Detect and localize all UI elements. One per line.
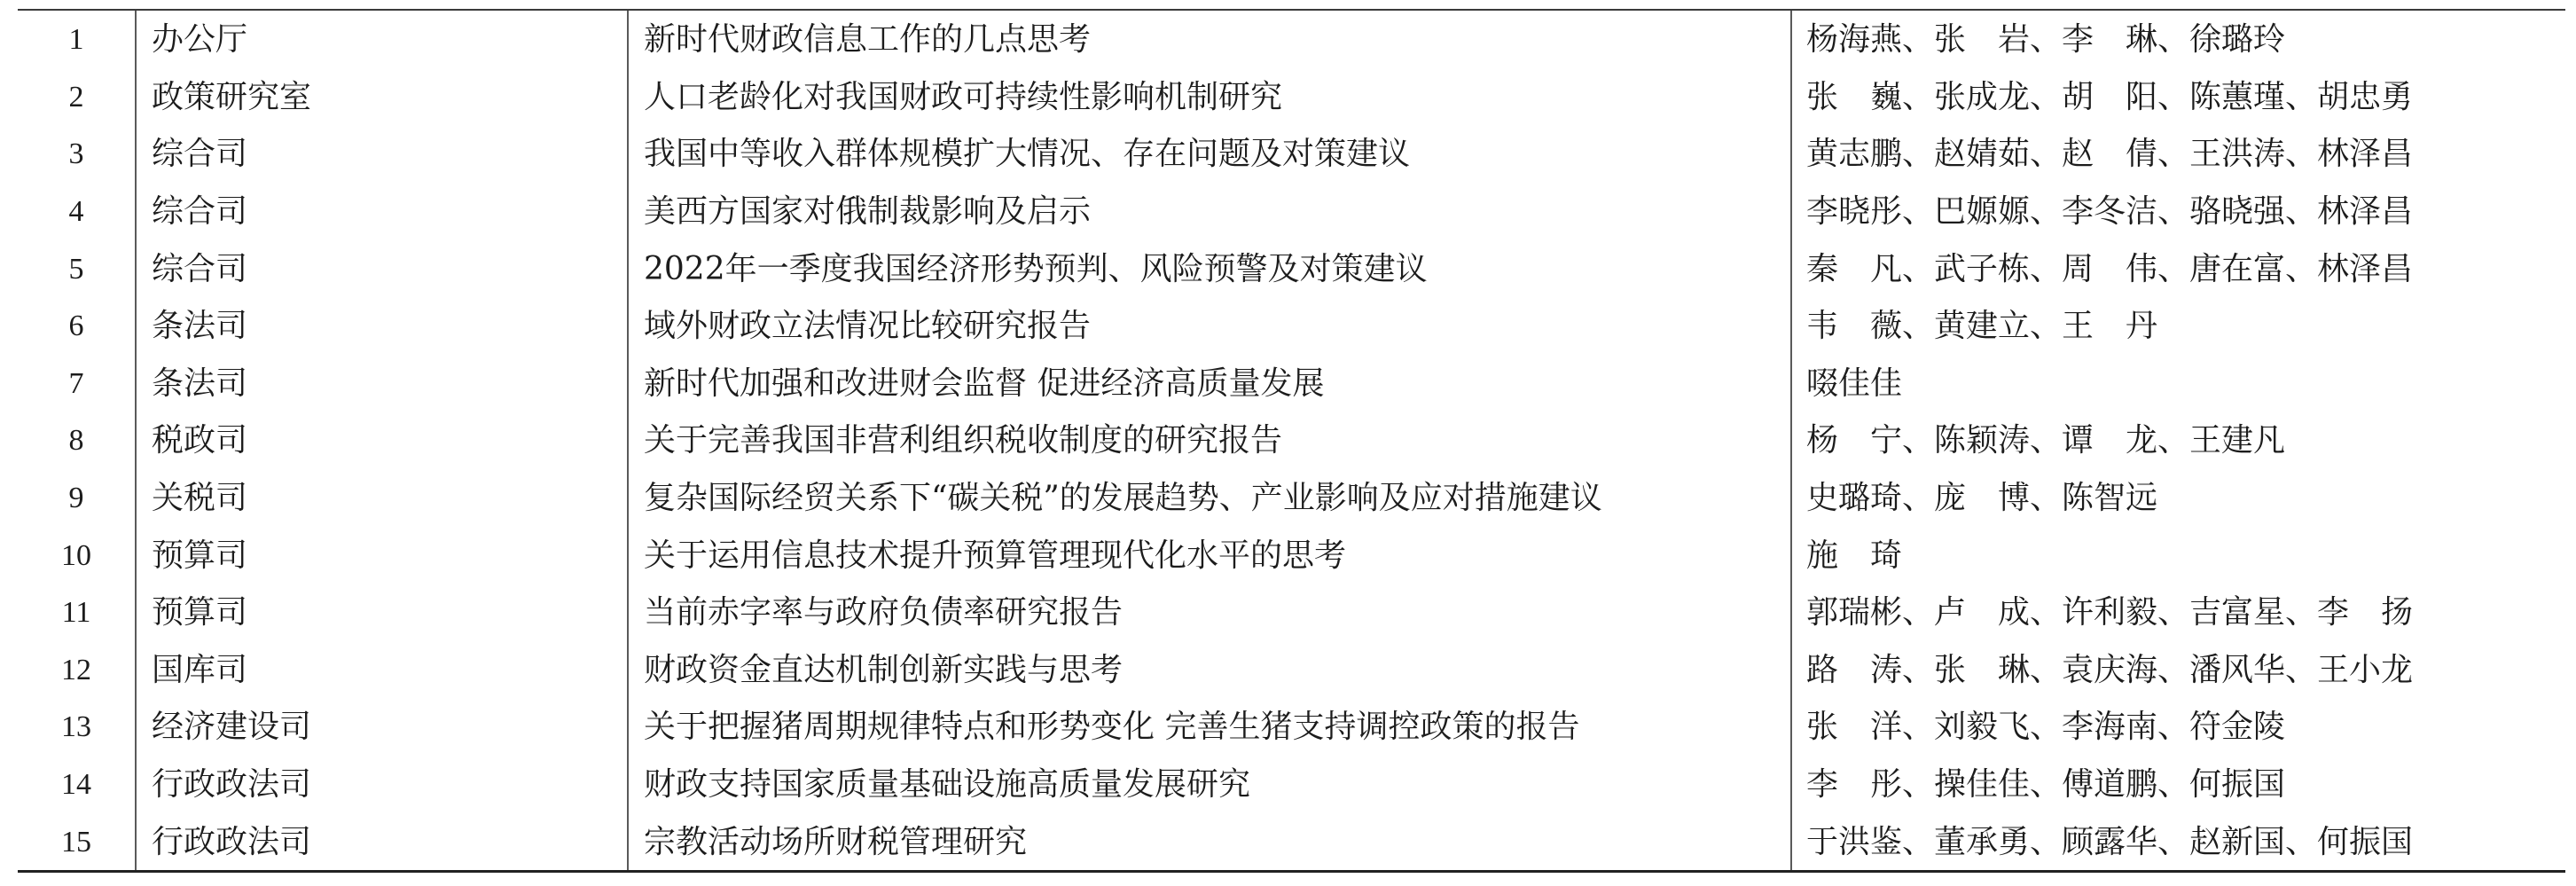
department: 政策研究室 [135, 68, 627, 126]
authors: 张 洋、刘毅飞、李海南、符金陵 [1790, 698, 2565, 756]
row-number: 15 [18, 812, 135, 870]
report-title: 财政资金直达机制创新实践与思考 [627, 641, 1790, 699]
authors: 李 彤、操佳佳、傅道鹏、何振国 [1790, 756, 2565, 813]
table-row: 5 综合司 2022年一季度我国经济形势预判、风险预警及对策建议 秦 凡、武子栋… [18, 239, 2565, 297]
report-title: 美西方国家对俄制裁影响及启示 [627, 183, 1790, 240]
row-number: 3 [18, 125, 135, 183]
authors: 史璐琦、庞 博、陈智远 [1790, 469, 2565, 527]
report-title: 人口老龄化对我国财政可持续性影响机制研究 [627, 68, 1790, 126]
report-title: 关于完善我国非营利组织税收制度的研究报告 [627, 412, 1790, 469]
department: 条法司 [135, 297, 627, 355]
report-title: 当前赤字率与政府负债率研究报告 [627, 584, 1790, 641]
row-number: 5 [18, 239, 135, 297]
department: 预算司 [135, 584, 627, 641]
report-title: 新时代加强和改进财会监督 促进经济高质量发展 [627, 355, 1790, 412]
table-row: 8 税政司 关于完善我国非营利组织税收制度的研究报告 杨 宁、陈颖涛、谭 龙、王… [18, 412, 2565, 469]
report-title: 复杂国际经贸关系下“碳关税”的发展趋势、产业影响及应对措施建议 [627, 469, 1790, 527]
authors: 李晓彤、巴嫄嫄、李冬洁、骆晓强、林泽昌 [1790, 183, 2565, 240]
department: 条法司 [135, 355, 627, 412]
row-number: 12 [18, 641, 135, 699]
authors: 郭瑞彬、卢 成、许利毅、吉富星、李 扬 [1790, 584, 2565, 641]
report-title: 2022年一季度我国经济形势预判、风险预警及对策建议 [627, 239, 1790, 297]
authors: 啜佳佳 [1790, 355, 2565, 412]
department: 行政政法司 [135, 756, 627, 813]
row-number: 7 [18, 355, 135, 412]
table-row: 4 综合司 美西方国家对俄制裁影响及启示 李晓彤、巴嫄嫄、李冬洁、骆晓强、林泽昌 [18, 183, 2565, 240]
authors: 于洪鉴、董承勇、顾露华、赵新国、何振国 [1790, 812, 2565, 870]
department: 关税司 [135, 469, 627, 527]
table-row: 11 预算司 当前赤字率与政府负债率研究报告 郭瑞彬、卢 成、许利毅、吉富星、李… [18, 584, 2565, 641]
table-row: 6 条法司 域外财政立法情况比较研究报告 韦 薇、黄建立、王 丹 [18, 297, 2565, 355]
table-row: 10 预算司 关于运用信息技术提升预算管理现代化水平的思考 施 琦 [18, 526, 2565, 584]
report-title: 宗教活动场所财税管理研究 [627, 812, 1790, 870]
report-title: 财政支持国家质量基础设施高质量发展研究 [627, 756, 1790, 813]
report-table: 1 办公厅 新时代财政信息工作的几点思考 杨海燕、张 岩、李 琳、徐璐玲 2 政… [18, 9, 2565, 873]
row-number: 1 [18, 11, 135, 68]
department: 税政司 [135, 412, 627, 469]
authors: 路 涛、张 琳、袁庆海、潘风华、王小龙 [1790, 641, 2565, 699]
row-number: 2 [18, 68, 135, 126]
row-number: 6 [18, 297, 135, 355]
table-row: 7 条法司 新时代加强和改进财会监督 促进经济高质量发展 啜佳佳 [18, 355, 2565, 412]
table-row: 2 政策研究室 人口老龄化对我国财政可持续性影响机制研究 张 巍、张成龙、胡 阳… [18, 68, 2565, 126]
report-title: 我国中等收入群体规模扩大情况、存在问题及对策建议 [627, 125, 1790, 183]
department: 综合司 [135, 239, 627, 297]
table-row: 12 国库司 财政资金直达机制创新实践与思考 路 涛、张 琳、袁庆海、潘风华、王… [18, 641, 2565, 699]
row-number: 13 [18, 698, 135, 756]
table-row: 15 行政政法司 宗教活动场所财税管理研究 于洪鉴、董承勇、顾露华、赵新国、何振… [18, 812, 2565, 870]
authors: 韦 薇、黄建立、王 丹 [1790, 297, 2565, 355]
department: 预算司 [135, 526, 627, 584]
department: 经济建设司 [135, 698, 627, 756]
row-number: 14 [18, 756, 135, 813]
department: 行政政法司 [135, 812, 627, 870]
report-title: 域外财政立法情况比较研究报告 [627, 297, 1790, 355]
department: 办公厅 [135, 11, 627, 68]
report-title: 关于把握猪周期规律特点和形势变化 完善生猪支持调控政策的报告 [627, 698, 1790, 756]
authors: 黄志鹏、赵婧茹、赵 倩、王洪涛、林泽昌 [1790, 125, 2565, 183]
row-number: 10 [18, 526, 135, 584]
authors: 杨海燕、张 岩、李 琳、徐璐玲 [1790, 11, 2565, 68]
table-row: 3 综合司 我国中等收入群体规模扩大情况、存在问题及对策建议 黄志鹏、赵婧茹、赵… [18, 125, 2565, 183]
table-row: 13 经济建设司 关于把握猪周期规律特点和形势变化 完善生猪支持调控政策的报告 … [18, 698, 2565, 756]
table-row: 9 关税司 复杂国际经贸关系下“碳关税”的发展趋势、产业影响及应对措施建议 史璐… [18, 469, 2565, 527]
report-title: 新时代财政信息工作的几点思考 [627, 11, 1790, 68]
table-row: 1 办公厅 新时代财政信息工作的几点思考 杨海燕、张 岩、李 琳、徐璐玲 [18, 11, 2565, 68]
row-number: 8 [18, 412, 135, 469]
report-title: 关于运用信息技术提升预算管理现代化水平的思考 [627, 526, 1790, 584]
authors: 杨 宁、陈颖涛、谭 龙、王建凡 [1790, 412, 2565, 469]
table-row: 14 行政政法司 财政支持国家质量基础设施高质量发展研究 李 彤、操佳佳、傅道鹏… [18, 756, 2565, 813]
department: 综合司 [135, 183, 627, 240]
authors: 张 巍、张成龙、胡 阳、陈蕙瑾、胡忠勇 [1790, 68, 2565, 126]
department: 综合司 [135, 125, 627, 183]
authors: 施 琦 [1790, 526, 2565, 584]
department: 国库司 [135, 641, 627, 699]
row-number: 11 [18, 584, 135, 641]
row-number: 9 [18, 469, 135, 527]
authors: 秦 凡、武子栋、周 伟、唐在富、林泽昌 [1790, 239, 2565, 297]
row-number: 4 [18, 183, 135, 240]
